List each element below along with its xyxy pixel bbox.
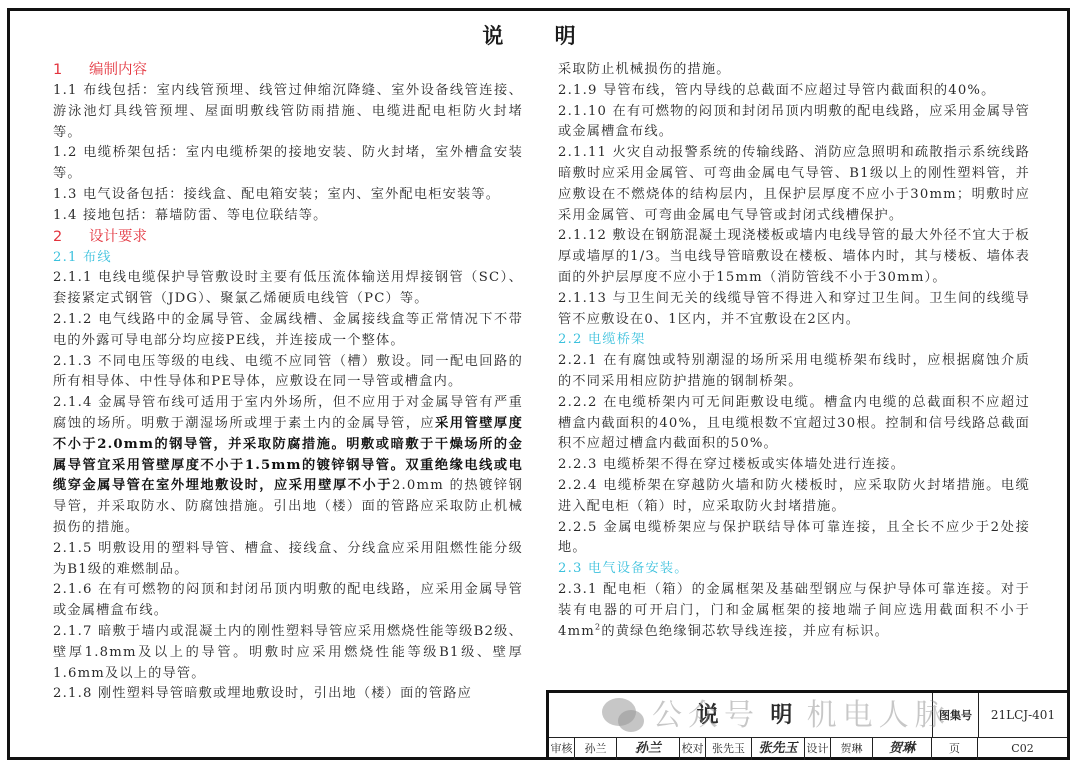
design-name: 贺琳 [831, 738, 873, 760]
review-name: 孙兰 [575, 738, 617, 760]
signature-row: 审核 孙兰 孙兰 校对 张先玉 张先玉 设计 贺琳 贺琳 页 C02 [549, 738, 1067, 760]
paragraph-2-1-9: 2.1.9 导管布线，管内导线的总截面不应超过导管内截面积的40%。 [558, 81, 1030, 102]
subsection-heading-2-2: 2.2 电缆桥架 [558, 330, 1030, 351]
paragraph-2-1-1: 2.1.1 电线电缆保护导管敷设时主要有低压流体输送用焊接钢管（SC）、套接紧定… [53, 268, 523, 310]
check-label: 校对 [680, 738, 706, 760]
paragraph-2-1-8-continued: 采取防止机械损伤的措施。 [558, 60, 1030, 81]
paragraph-2-1-8: 2.1.8 刚性塑料导管暗敷或埋地敷设时，引出地（楼）面的管路应 [53, 684, 523, 705]
paragraph-2-1-6: 2.1.6 在有可燃物的闷顶和封闭吊顶内明敷的配电线路，应采用金属导管或金属槽盒… [53, 580, 523, 622]
paragraph-2-3-1: 2.3.1 配电柜（箱）的金属框架及基础型钢应与保护导体可靠连接。对于装有电器的… [558, 580, 1030, 642]
wechat-icon [602, 698, 636, 726]
paragraph-2-2-1: 2.2.1 在有腐蚀或特别潮湿的场所采用电缆桥架布线时，应根据腐蚀介质的不同采用… [558, 351, 1030, 393]
design-signature: 贺琳 [873, 738, 932, 760]
paragraph-2-2-2: 2.2.2 在电缆桥架内可无间距敷设电缆。槽盒内电缆的总截面积不应超过槽盒内截面… [558, 393, 1030, 455]
review-label: 审核 [549, 738, 575, 760]
paragraph-2-1-4: 2.1.4 金属导管布线可适用于室内外场所，但不应用于对金属导管有严重腐蚀的场所… [53, 393, 523, 539]
left-column: 1编制内容 1.1 布线包括：室内线管预埋、线管过伸缩沉降缝、室外设备线管连接、… [53, 60, 523, 705]
page-number: C02 [978, 738, 1067, 760]
paragraph-1-2: 1.2 电缆桥架包括：室内电缆桥架的接地安装、防火封堵，室外槽盒安装等。 [53, 143, 523, 185]
paragraph-2-1-2: 2.1.2 电气线路中的金属导管、金属线槽、金属接线盒等正常情况下不带电的外露可… [53, 310, 523, 352]
review-signature: 孙兰 [617, 738, 680, 760]
paragraph-2-1-3: 2.1.3 不同电压等级的电线、电缆不应同管（槽）敷设。同一配电回路的所有相导体… [53, 352, 523, 394]
section-heading-1: 1编制内容 [53, 60, 523, 81]
paragraph-1-4: 1.4 接地包括：幕墙防雷、等电位联结等。 [53, 206, 523, 227]
check-signature: 张先玉 [752, 738, 805, 760]
right-column: 采取防止机械损伤的措施。 2.1.9 导管布线，管内导线的总截面不应超过导管内截… [558, 60, 1030, 642]
paragraph-1-1: 1.1 布线包括：室内线管预埋、线管过伸缩沉降缝、室外设备线管连接、游泳池灯具线… [53, 81, 523, 143]
paragraph-1-3: 1.3 电气设备包括：接线盒、配电箱安装；室内、室外配电柜安装等。 [53, 185, 523, 206]
section-heading-2: 2设计要求 [53, 227, 523, 248]
paragraph-2-1-12: 2.1.12 敷设在钢筋混凝土现浇楼板或墙内电线导管的最大外径不宜大于板厚或墙厚… [558, 226, 1030, 288]
paragraph-2-1-7: 2.1.7 暗敷于墙内或混凝土内的刚性塑料导管应采用燃烧性能等级B2级、壁厚1.… [53, 622, 523, 684]
atlas-number-label: 图集号 [932, 693, 978, 738]
paragraph-2-1-5: 2.1.5 明敷设用的塑料导管、槽盒、接线盒、分线盒应采用阻燃性能分级为B1级的… [53, 539, 523, 581]
paragraph-2-1-13: 2.1.13 与卫生间无关的线缆导管不得进入和穿过卫生间。卫生间的线缆导管不应敷… [558, 289, 1030, 331]
page-label: 页 [932, 738, 978, 760]
paragraph-2-2-5: 2.2.5 金属电缆桥架应与保护联结导体可靠连接，且全长不应少于2处接地。 [558, 518, 1030, 560]
subsection-heading-2-3: 2.3 电气设备安装。 [558, 559, 1030, 580]
check-name: 张先玉 [706, 738, 752, 760]
paragraph-2-1-11: 2.1.11 火灾自动报警系统的传输线路、消防应急照明和疏散指示系统线路暗敷时应… [558, 143, 1030, 226]
design-label: 设计 [805, 738, 831, 760]
paragraph-2-1-10: 2.1.10 在有可燃物的闷顶和封闭吊顶内明敷的配电线路，应采用金属导管或金属槽… [558, 102, 1030, 144]
paragraph-2-2-3: 2.2.3 电缆桥架不得在穿过楼板或实体墙处进行连接。 [558, 455, 1030, 476]
page-title: 说 明 [0, 20, 1080, 50]
paragraph-2-2-4: 2.2.4 电缆桥架在穿越防火墙和防火楼板时，应采取防火封堵措施。电缆进入配电柜… [558, 476, 1030, 518]
atlas-number-value: 21LCJ-401 [978, 693, 1067, 738]
subsection-heading-2-1: 2.1 布线 [53, 248, 523, 269]
